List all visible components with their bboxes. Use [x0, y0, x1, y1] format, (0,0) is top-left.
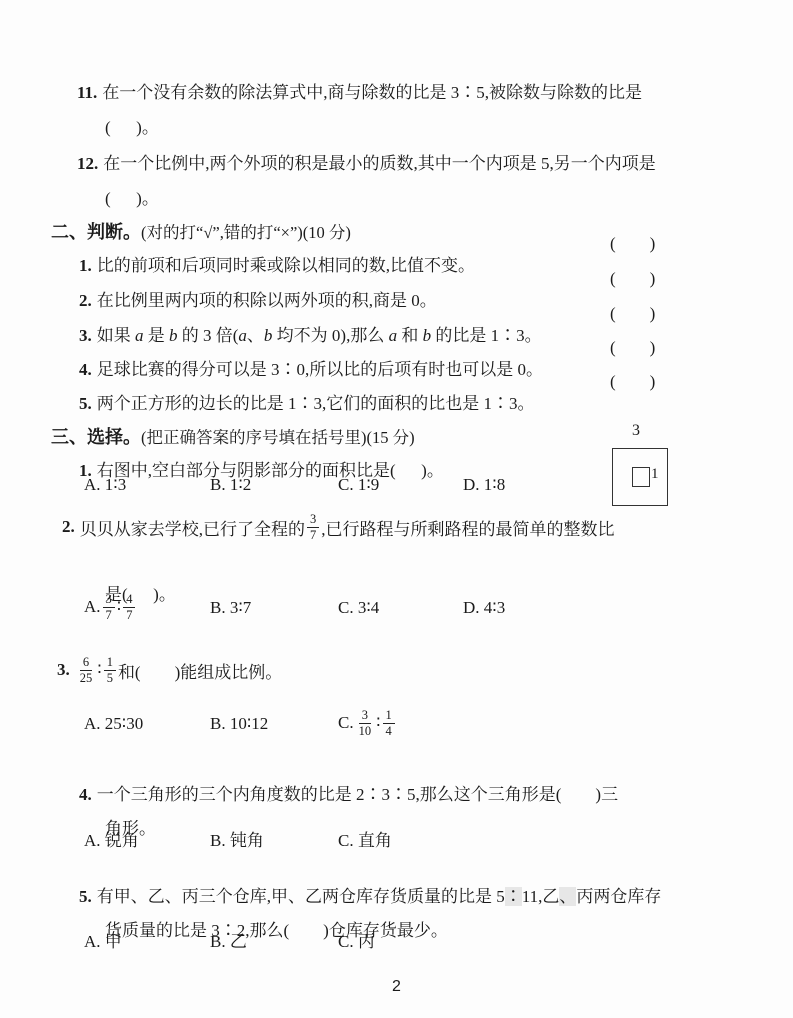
fraction-denominator: 5 [104, 671, 116, 686]
fraction-numerator: 6 [80, 655, 92, 671]
judge-item-2-answer-blank: ( ) [610, 268, 655, 290]
ratio-colon: ∶ [97, 660, 101, 680]
figure-inner-side-label: 1 [651, 466, 659, 483]
fraction-denominator: 10 [356, 724, 375, 739]
ratio-colon: ∶ [117, 597, 121, 617]
choice-q4-option-a: A. 锐角 [84, 830, 139, 852]
choice-q1-option-a: A. 1∶3 [84, 474, 126, 496]
judge-item-1-answer-blank: ( ) [610, 233, 655, 255]
judge-item-5-answer-blank: ( ) [610, 371, 655, 393]
figure-outer-square: 1 [612, 448, 668, 506]
enumeration-comma: 、 [559, 887, 576, 906]
choice-q2: 2.贝贝从家去学校,已行了全程的37,已行路程与所剩路程的最简单的整数比 [62, 507, 615, 547]
fraction-denominator: 7 [123, 608, 135, 623]
fraction-denominator: 25 [77, 671, 96, 686]
figure-inner-square [632, 467, 650, 487]
choice-q4-text-line2: 角形。 [88, 796, 156, 862]
fraction-3-7: 37 [307, 512, 319, 543]
fraction-numerator: 3 [103, 592, 115, 608]
judge-item-4-answer-blank: ( ) [610, 337, 655, 359]
choice-q5-text: 货质量的比是 3∶2,那么( )仓库存货最少。 [105, 921, 448, 940]
question-11-text: 在一个没有余数的除法算式中,商与除数的比是 3∶5,被除数与除数的比是 [102, 83, 642, 102]
choice-q5-option-c: C. 丙 [338, 931, 375, 953]
fraction-1-5: 15 [104, 655, 116, 686]
choice-q5-text: 丙两仓库存 [576, 887, 661, 906]
choice-q1-option-d: D. 1∶8 [463, 474, 505, 496]
choice-q2-number: 2. [62, 517, 80, 537]
fraction-numerator: 3 [359, 708, 371, 724]
option-letter: A. [84, 597, 101, 617]
figure-outer-side-label: 3 [632, 422, 640, 440]
fraction-numerator: 1 [383, 708, 395, 724]
choice-q3-option-b: B. 10∶12 [210, 713, 268, 735]
page-number: 2 [0, 978, 793, 996]
ratio-colon: ∶ [505, 887, 522, 906]
choice-q5-option-b: B. 乙 [210, 931, 247, 953]
fraction-3-7: 37 [103, 592, 115, 623]
choice-q1-figure: 3 1 [610, 446, 670, 530]
choice-q5-option-a: A. 甲 [84, 931, 122, 953]
question-12-text: 在一个比例中,两个外项的积是最小的质数,其中一个内项是 5,另一个内项是 [103, 154, 656, 173]
choice-q4-text: 一个三角形的三个内角度数的比是 2∶3∶5,那么这个三角形是( )三 [97, 785, 618, 804]
test-paper-page: 11.在一个没有余数的除法算式中,商与除数的比是 3∶5,被除数与除数的比是 (… [0, 0, 793, 1018]
choice-q2-option-d: D. 4∶3 [463, 597, 505, 619]
fraction-6-25: 625 [77, 655, 96, 686]
fraction-4-7: 47 [123, 592, 135, 623]
choice-q3-option-c: C.310∶14 [338, 703, 397, 743]
choice-q1-option-b: B. 1∶2 [210, 474, 251, 496]
fraction-numerator: 3 [307, 512, 319, 528]
choice-q3: 3.625∶15和( )能组成比例。 [57, 650, 282, 690]
fraction-denominator: 7 [307, 528, 319, 543]
ratio-colon: ∶ [376, 713, 380, 733]
choice-q3-option-a: A. 25∶30 [84, 713, 143, 735]
option-letter: C. [338, 713, 354, 733]
choice-q2-option-c: C. 3∶4 [338, 597, 379, 619]
choice-q3-number: 3. [57, 660, 75, 680]
fraction-1-4: 14 [383, 708, 395, 739]
fraction-3-10: 310 [356, 708, 375, 739]
choice-q2-option-b: B. 3∶7 [210, 597, 251, 619]
choice-q5-text: 11,乙 [522, 887, 560, 906]
choice-q4-option-b: B. 钝角 [210, 830, 264, 852]
choice-q1-option-c: C. 1∶9 [338, 474, 379, 496]
choice-q2-option-a: A.37∶47 [84, 587, 137, 627]
fraction-denominator: 4 [383, 724, 395, 739]
fraction-numerator: 4 [123, 592, 135, 608]
choice-q2-text: ,已行路程与所剩路程的最简单的整数比 [321, 515, 614, 540]
choice-q2-text: 贝贝从家去学校,已行了全程的 [80, 515, 305, 540]
fraction-numerator: 1 [104, 655, 116, 671]
choice-q1-text: 右图中,空白部分与阴影部分的面积比是( )。 [97, 461, 444, 480]
choice-q5-text-line2: 货质量的比是 3∶2,那么( )仓库存货最少。 [88, 898, 448, 964]
choice-q3-text: 和( )能组成比例。 [118, 658, 282, 683]
fraction-denominator: 7 [103, 608, 115, 623]
judge-item-3-answer-blank: ( ) [610, 303, 655, 325]
choice-q4-option-c: C. 直角 [338, 830, 392, 852]
